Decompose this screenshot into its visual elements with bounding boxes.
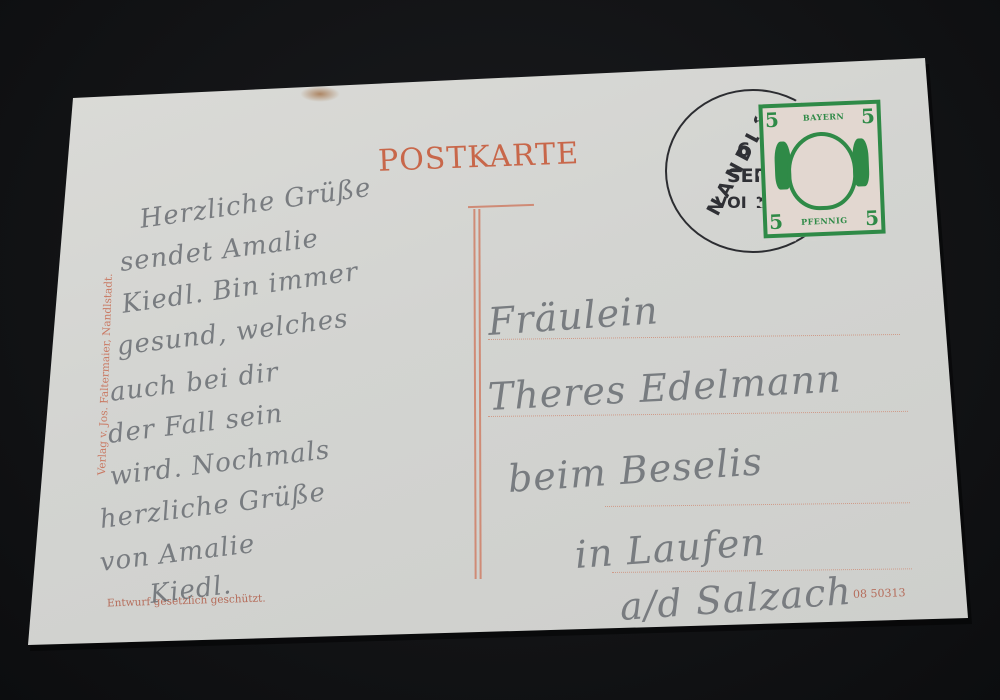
address-line: Fräulein [486,288,660,344]
stamp-coat-of-arms-icon [786,131,859,212]
stamp-country: BAYERN [803,111,845,123]
address-line: in Laufen [573,520,767,577]
postcard-title-text: POSTKARTE [377,136,579,179]
address-line: Theres Edelmann [487,357,843,419]
message-line: von Amalie [98,529,257,578]
catalog-number: 08 50313 [853,586,906,601]
message-line: Herzliche Grüße [138,173,373,235]
postcard-title: POSTKARTE [377,136,579,179]
postmark-time: VOI [715,193,747,212]
stamp-value-tl: 5 [765,108,780,133]
rust-stain [300,86,340,102]
stamp-lion-icon [852,138,870,187]
message-line: der Fall sein [106,399,285,450]
address-line-3 [605,502,910,507]
divider-top-rule [468,204,534,208]
postage-stamp: 5 5 5 5 BAYERN PFENNIG [754,95,890,242]
stamp-value-tr: 5 [861,104,876,129]
divider-line-right [478,209,481,579]
address-line: beim Beselis [506,439,764,501]
stamp-value-bl: 5 [769,210,784,235]
address-line: a/d Salzach [618,569,853,629]
postcard: POSTKARTE Verlag v. Jos. Faltermaier, Na… [0,0,1000,700]
stamp-value-br: 5 [865,206,880,231]
divider-line-left [473,209,476,579]
stamp-frame: 5 5 5 5 BAYERN PFENNIG [758,100,885,239]
postmark-day: 6 [737,139,750,161]
stamp-denomination: PFENNIG [801,215,848,227]
message-line: auch bei dir [108,357,280,407]
